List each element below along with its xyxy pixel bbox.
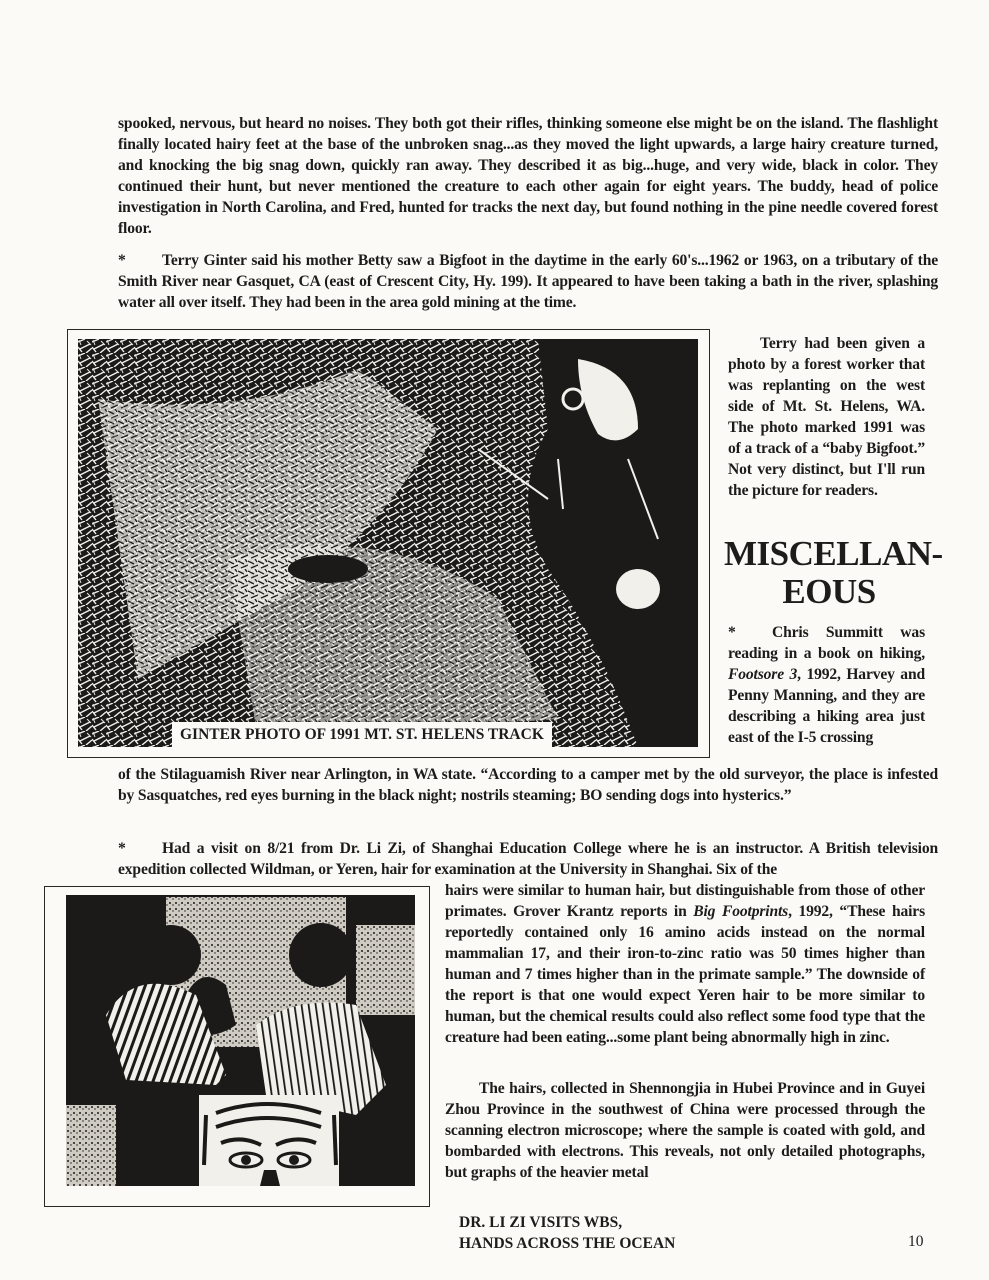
track-photo-caption: GINTER PHOTO OF 1991 MT. ST. HELENS TRAC… xyxy=(172,722,552,748)
lizi-caption-line-1: DR. LI ZI VISITS WBS, xyxy=(459,1212,675,1233)
lizi-photo-frame-bottom xyxy=(44,886,430,1207)
section-heading-miscellaneous: MISCELLAN- EOUS xyxy=(724,535,934,611)
bullet-asterisk: * xyxy=(118,250,162,271)
track-photo-frame: GINTER PHOTO OF 1991 MT. ST. HELENS TRAC… xyxy=(67,329,710,758)
track-photo xyxy=(78,339,698,747)
forest-track-photo-image xyxy=(78,339,698,747)
bullet-asterisk: * xyxy=(728,622,772,643)
lizi-caption-line-2: HANDS ACROSS THE OCEAN xyxy=(459,1233,675,1254)
paragraph-lizi-side: hairs were similar to human hair, but di… xyxy=(445,880,925,1048)
paragraph-summitt-continuation: of the Stilaguamish River near Arlington… xyxy=(118,764,938,806)
paragraph-lizi: *Had a visit on 8/21 from Dr. Li Zi, of … xyxy=(118,838,938,880)
heading-line-2: EOUS xyxy=(724,573,934,611)
lizi-visit-photo-image xyxy=(66,895,415,1186)
book-title-footsore: Footsore 3 xyxy=(728,666,797,683)
paragraph-summitt-side: *Chris Summitt was reading in a book on … xyxy=(728,622,925,748)
paragraph-ginter-text: Terry Ginter said his mother Betty saw a… xyxy=(118,252,938,311)
book-title-big-footprints: Big Footprints xyxy=(693,903,788,920)
paragraph-lizi-text: Had a visit on 8/21 from Dr. Li Zi, of S… xyxy=(118,840,938,878)
paragraph-ginter: *Terry Ginter said his mother Betty saw … xyxy=(118,250,938,313)
bullet-asterisk: * xyxy=(118,838,162,859)
page-number: 10 xyxy=(908,1233,924,1251)
lizi-photo-caption: DR. LI ZI VISITS WBS, HANDS ACROSS THE O… xyxy=(459,1212,675,1254)
lizi-side-text-b: , 1992, “These hairs reportedly containe… xyxy=(445,903,925,1046)
paragraph-hairs: The hairs, collected in Shennongjia in H… xyxy=(445,1078,925,1183)
paragraph-continued: spooked, nervous, but heard no noises. T… xyxy=(118,113,938,239)
lizi-photo xyxy=(66,895,415,1186)
heading-line-1: MISCELLAN- xyxy=(724,535,934,573)
paragraph-photo-side: Terry had been given a photo by a forest… xyxy=(728,333,925,501)
